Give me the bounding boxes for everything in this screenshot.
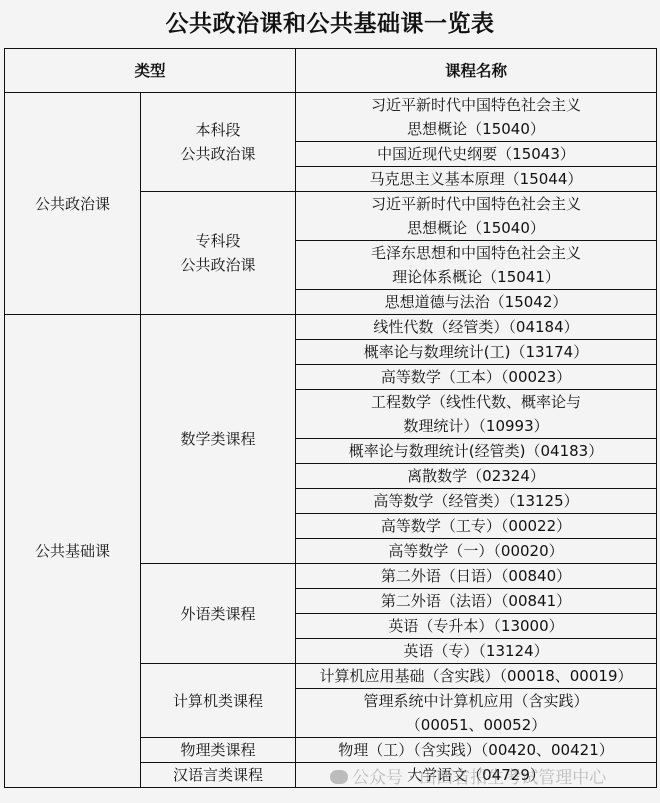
course-name-cell: 马克思主义基本原理（15044） [296,167,657,192]
course-name-cell: 中国近现代史纲要（15043） [296,142,657,167]
course-name-cell: 工程数学（线性代数、概率论与 数理统计）（10993） [296,390,657,439]
course-name-cell: 概率论与数理统计(经管类)（04183） [296,439,657,464]
subgroup-cell: 外语类课程 [141,564,296,664]
course-name-cell: 思想道德与法治（15042） [296,290,657,315]
page-title: 公共政治课和公共基础课一览表 [0,6,660,42]
course-name-cell: 高等数学（工本）（00023） [296,365,657,390]
course-name-cell: 管理系统中计算机应用（含实践） （00051、00052） [296,689,657,738]
table-row: 公共基础课数学类课程线性代数（经管类）（04184） [5,315,657,340]
course-name-cell: 线性代数（经管类）（04184） [296,315,657,340]
course-name-cell: 物理（工）（含实践）（00420、00421） [296,738,657,763]
table-body: 公共政治课本科段 公共政治课习近平新时代中国特色社会主义 思想概论（15040）… [5,93,657,788]
table-header-row: 类型 课程名称 [5,49,657,93]
subgroup-cell: 汉语言类课程 [141,763,296,788]
course-name-cell: 习近平新时代中国特色社会主义 思想概论（15040） [296,192,657,241]
subgroup-cell: 本科段 公共政治课 [141,93,296,192]
course-name-cell: 毛泽东思想和中国特色社会主义 理论体系概论（15041） [296,241,657,290]
course-name-cell: 高等数学（经管类）（13125） [296,489,657,514]
course-name-cell: 英语（专升本）（13000） [296,614,657,639]
course-name-cell: 大学语文（04729） [296,763,657,788]
subgroup-cell: 物理类课程 [141,738,296,763]
header-course-name: 课程名称 [296,49,657,93]
course-name-cell: 概率论与数理统计(工)（13174） [296,340,657,365]
group-cell: 公共基础课 [5,315,141,788]
header-type: 类型 [5,49,296,93]
course-name-cell: 第二外语（日语）（00840） [296,564,657,589]
course-name-cell: 计算机应用基础（含实践）（00018、00019） [296,664,657,689]
subgroup-cell: 计算机类课程 [141,664,296,738]
course-name-cell: 英语（专）（13124） [296,639,657,664]
table-row: 公共政治课本科段 公共政治课习近平新时代中国特色社会主义 思想概论（15040） [5,93,657,142]
subgroup-cell: 专科段 公共政治课 [141,192,296,315]
course-name-cell: 高等数学（工专）（00022） [296,514,657,539]
course-name-cell: 习近平新时代中国特色社会主义 思想概论（15040） [296,93,657,142]
course-name-cell: 第二外语（法语）（00841） [296,589,657,614]
group-cell: 公共政治课 [5,93,141,315]
subgroup-cell: 数学类课程 [141,315,296,564]
course-name-cell: 高等数学（一）（00020） [296,539,657,564]
course-name-cell: 离散数学（02324） [296,464,657,489]
course-table: 类型 课程名称 公共政治课本科段 公共政治课习近平新时代中国特色社会主义 思想概… [4,48,657,788]
